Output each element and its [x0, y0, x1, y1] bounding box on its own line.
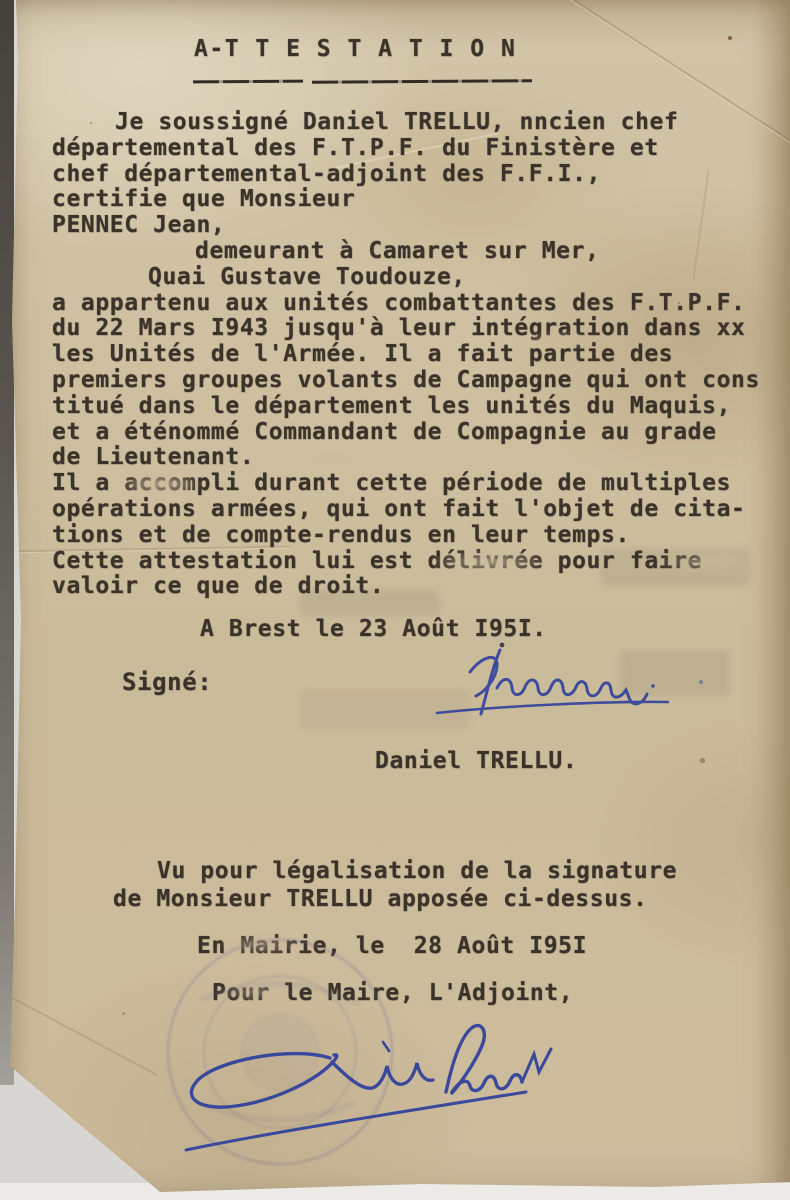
title-underline [193, 80, 303, 84]
body-line: de Lieutenant. [52, 445, 760, 471]
legalization-line-2: de Monsieur TRELLU apposée ci-dessus. [113, 886, 648, 912]
body-line: du 22 Mars I943 jusqu'à leur intégration… [52, 316, 760, 342]
document-body: Je soussigné Daniel TRELLU, nncien chef … [52, 110, 760, 600]
body-line: Cette attestation lui est délivrée pour … [52, 549, 760, 575]
dateline-mairie: En Mairie, le 28 Août I95I [197, 933, 587, 959]
mairie-stamp [168, 940, 392, 1164]
adjoint-signature [186, 1025, 551, 1150]
signed-label: Signé: [122, 668, 212, 696]
document-title: A-T T E S T A T I O N [194, 36, 516, 62]
body-line: opérations armées, qui ont fait l'objet … [52, 497, 760, 523]
title-underline [312, 79, 532, 84]
body-line: titué dans le département les unités du … [52, 394, 760, 420]
paper-speck [728, 36, 732, 40]
body-line: et a éténommé Commandant de Compagnie au… [52, 420, 760, 446]
bleed-through-mark [620, 650, 730, 696]
paper-speck [122, 1012, 125, 1015]
capacity-line: Pour le Maire, L'Adjoint, [212, 980, 573, 1006]
trellu-signature [437, 643, 703, 714]
typed-signer-name: Daniel TRELLU. [375, 748, 577, 774]
body-line: a appartenu aux unités combattantes des … [52, 291, 760, 317]
body-line: demeurant à Camaret sur Mer, [52, 239, 760, 265]
body-line: Quai Gustave Toudouze, [52, 265, 760, 291]
body-line: Il a accompli durant cette période de mu… [52, 471, 760, 497]
body-line: Je soussigné Daniel TRELLU, nncien chef [52, 110, 760, 136]
body-line: les Unités de l'Armée. Il a fait partie … [52, 342, 760, 368]
dateline-brest: A Brest le 23 Août I95I. [200, 616, 547, 642]
body-line: départemental des F.T.P.F. du Finistère … [52, 136, 760, 162]
paper-crease [0, 985, 158, 1076]
scanner-background-left [0, 0, 14, 1085]
paper-speck [700, 758, 705, 763]
body-line: tions et de compte-rendus en leur temps. [52, 523, 760, 549]
body-line: PENNEC Jean, [52, 213, 760, 239]
legalization-line-1: Vu pour légalisation de la signature [157, 858, 677, 884]
paper-sheet: A-T T E S T A T I O N Je soussigné Danie… [0, 0, 790, 1200]
body-line: chef départemental-adjoint des F.F.I., [52, 162, 760, 188]
bleed-through-mark [300, 690, 470, 730]
body-line: premiers groupes volants de Campagne qui… [52, 368, 760, 394]
body-line: certifie que Monsieur [52, 187, 760, 213]
body-line: valoir ce que de droit. [52, 574, 760, 600]
